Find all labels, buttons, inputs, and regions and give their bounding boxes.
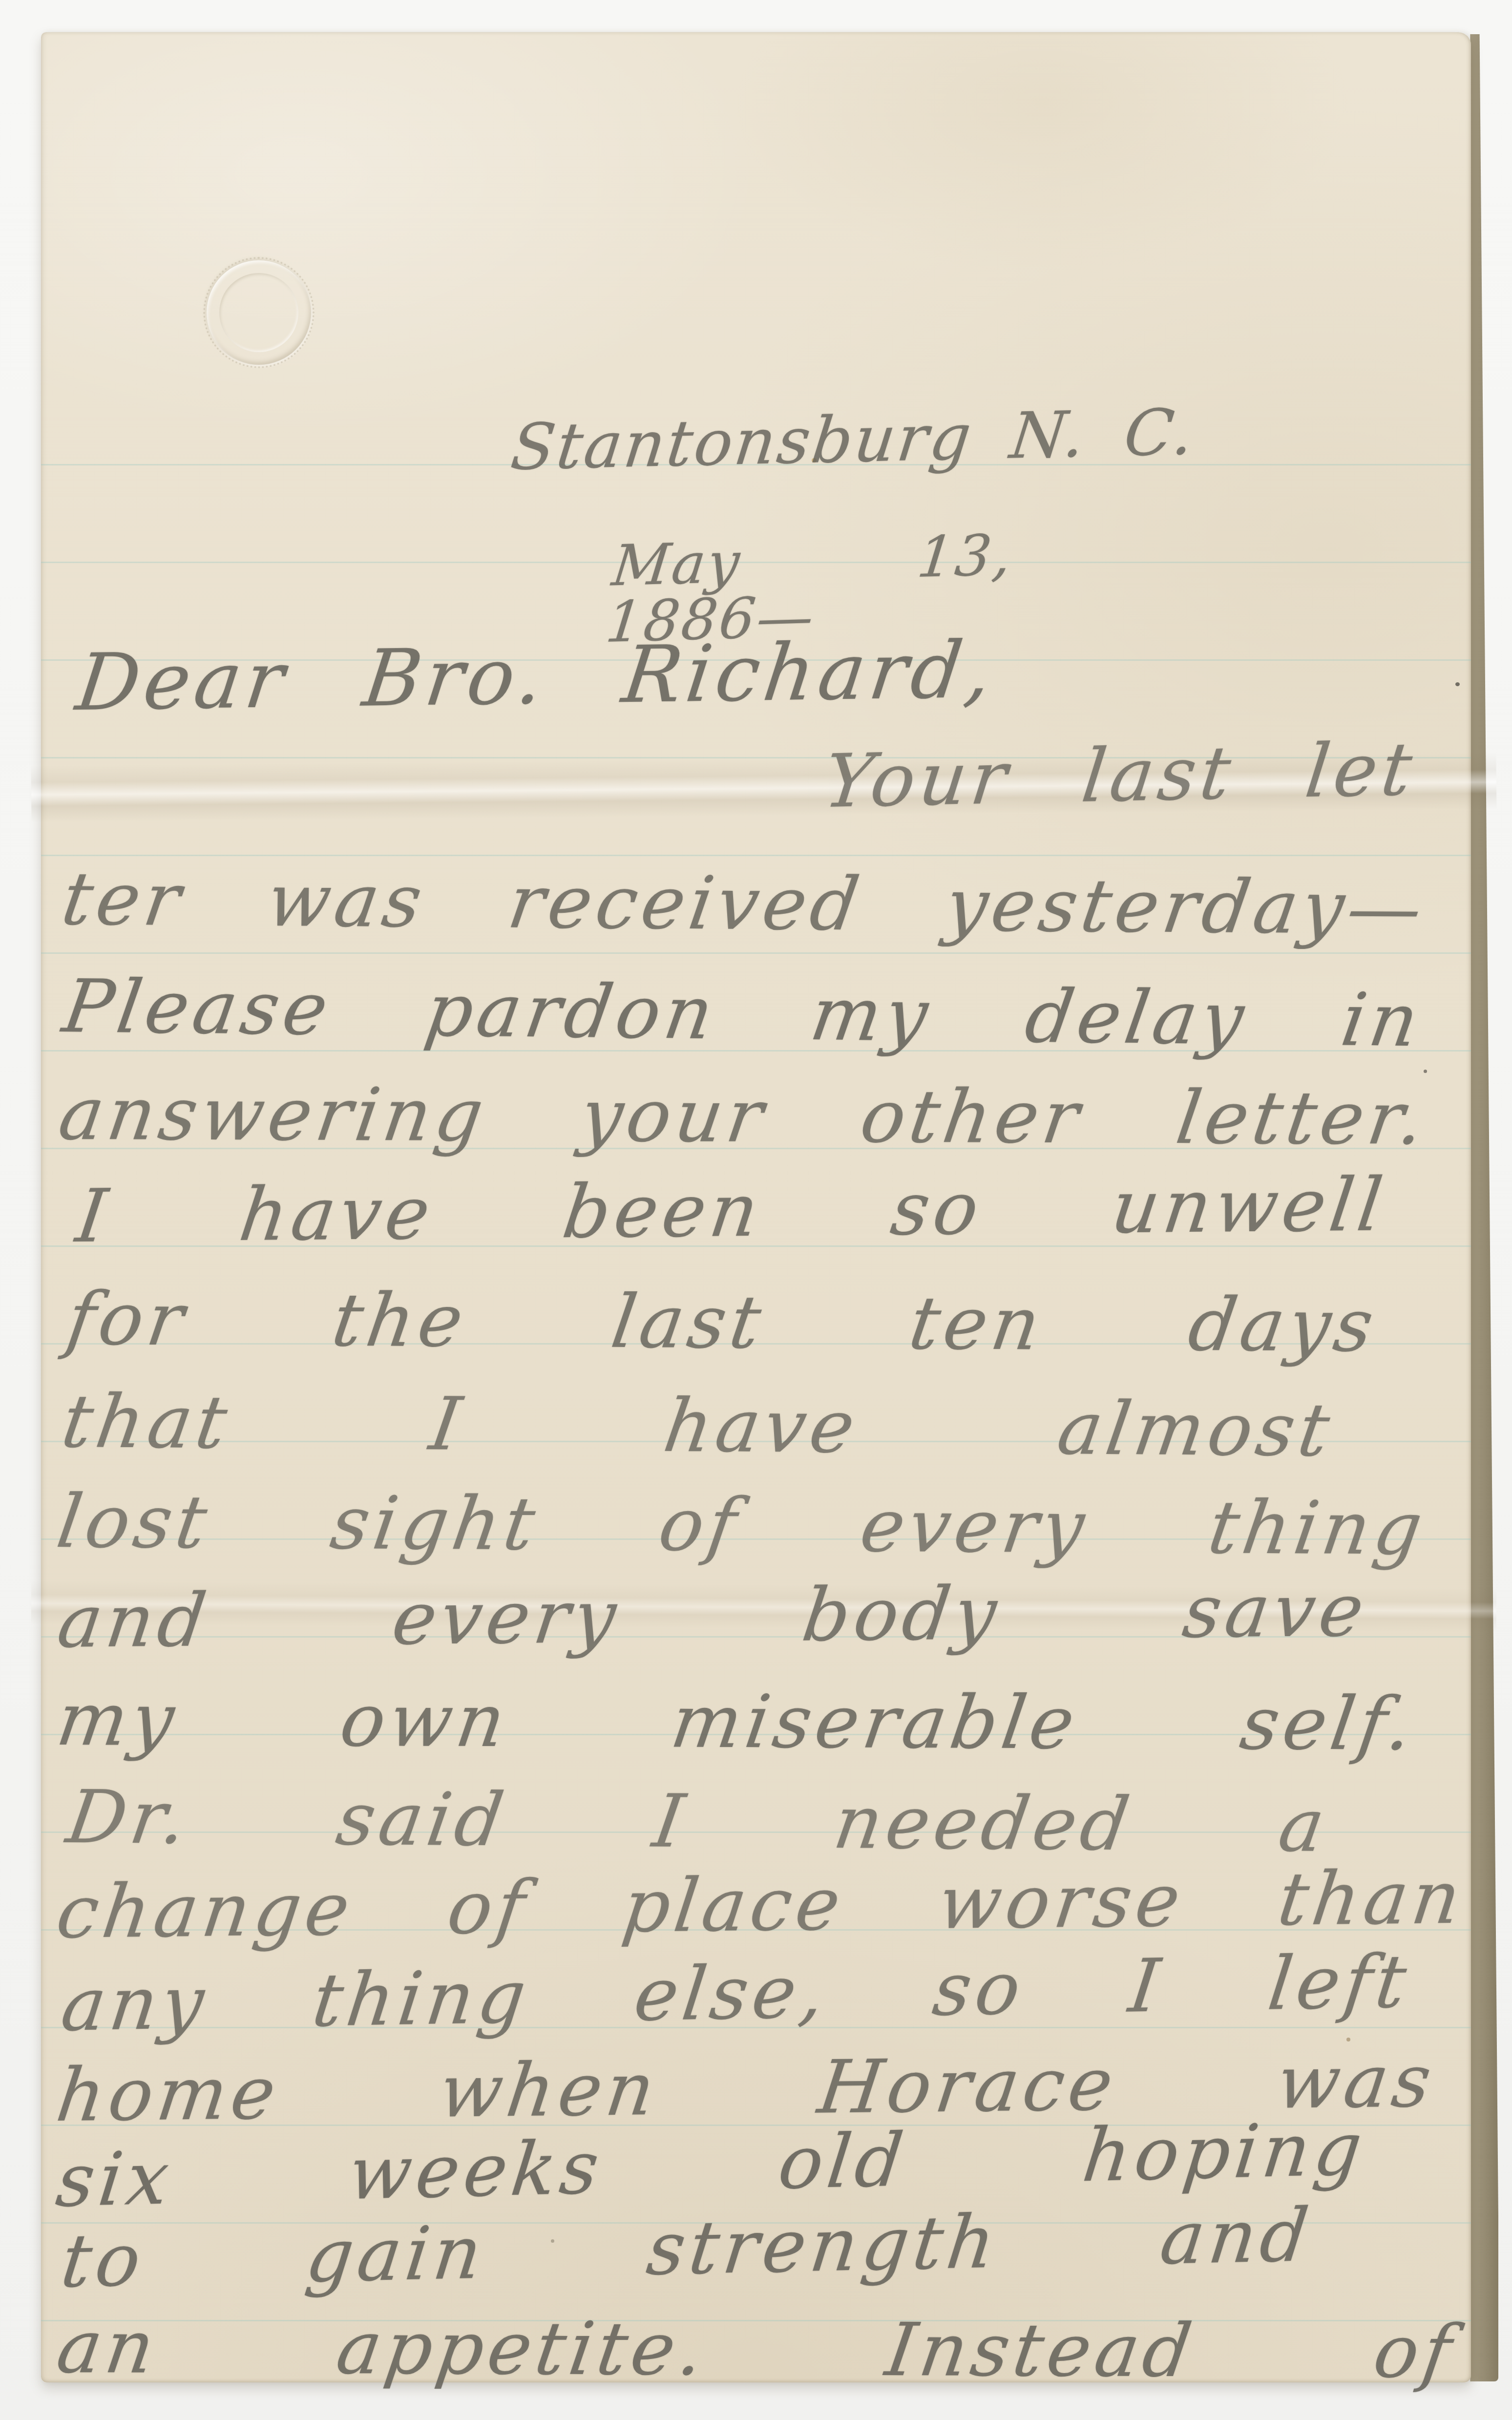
handwriting-line-15-body: change of place worse than xyxy=(53,1861,1469,1949)
handwriting-line-8-body: I have been so unwell xyxy=(72,1168,1391,1253)
handwriting-line-9-body: for the last ten days xyxy=(63,1283,1382,1363)
handwriting-line-10-body: that I have almost xyxy=(58,1385,1338,1467)
handwriting-line-1-place: Stantonsburg N. C. xyxy=(508,400,1199,479)
handwriting-layer: Stantonsburg N. C.May 13, 1886—Dear Bro.… xyxy=(0,0,1512,2420)
handwriting-line-20-body: an appetite. Instead of xyxy=(53,2311,1460,2389)
handwriting-line-5-body: ter was received yesterday— xyxy=(58,863,1431,945)
handwriting-line-12-body: and every body save xyxy=(54,1574,1372,1659)
handwriting-line-13-body: my own miserable self. xyxy=(53,1683,1421,1761)
handwriting-line-3-salutation: Dear Bro. Richard, xyxy=(72,631,1000,722)
handwriting-line-14-body: Dr. said I needed a xyxy=(63,1781,1333,1863)
handwriting-line-4-body: Your last let xyxy=(820,733,1420,819)
handwriting-line-6-body: Please pardon my delay in xyxy=(59,970,1427,1057)
letter-scan: Stantonsburg N. C.May 13, 1886—Dear Bro.… xyxy=(0,0,1512,2420)
handwriting-line-16-body: any thing else, so I left xyxy=(58,1945,1414,2042)
handwriting-line-11-body: lost sight of every thing xyxy=(53,1485,1431,1566)
handwriting-line-7-body: answering your other letter. xyxy=(55,1077,1433,1156)
